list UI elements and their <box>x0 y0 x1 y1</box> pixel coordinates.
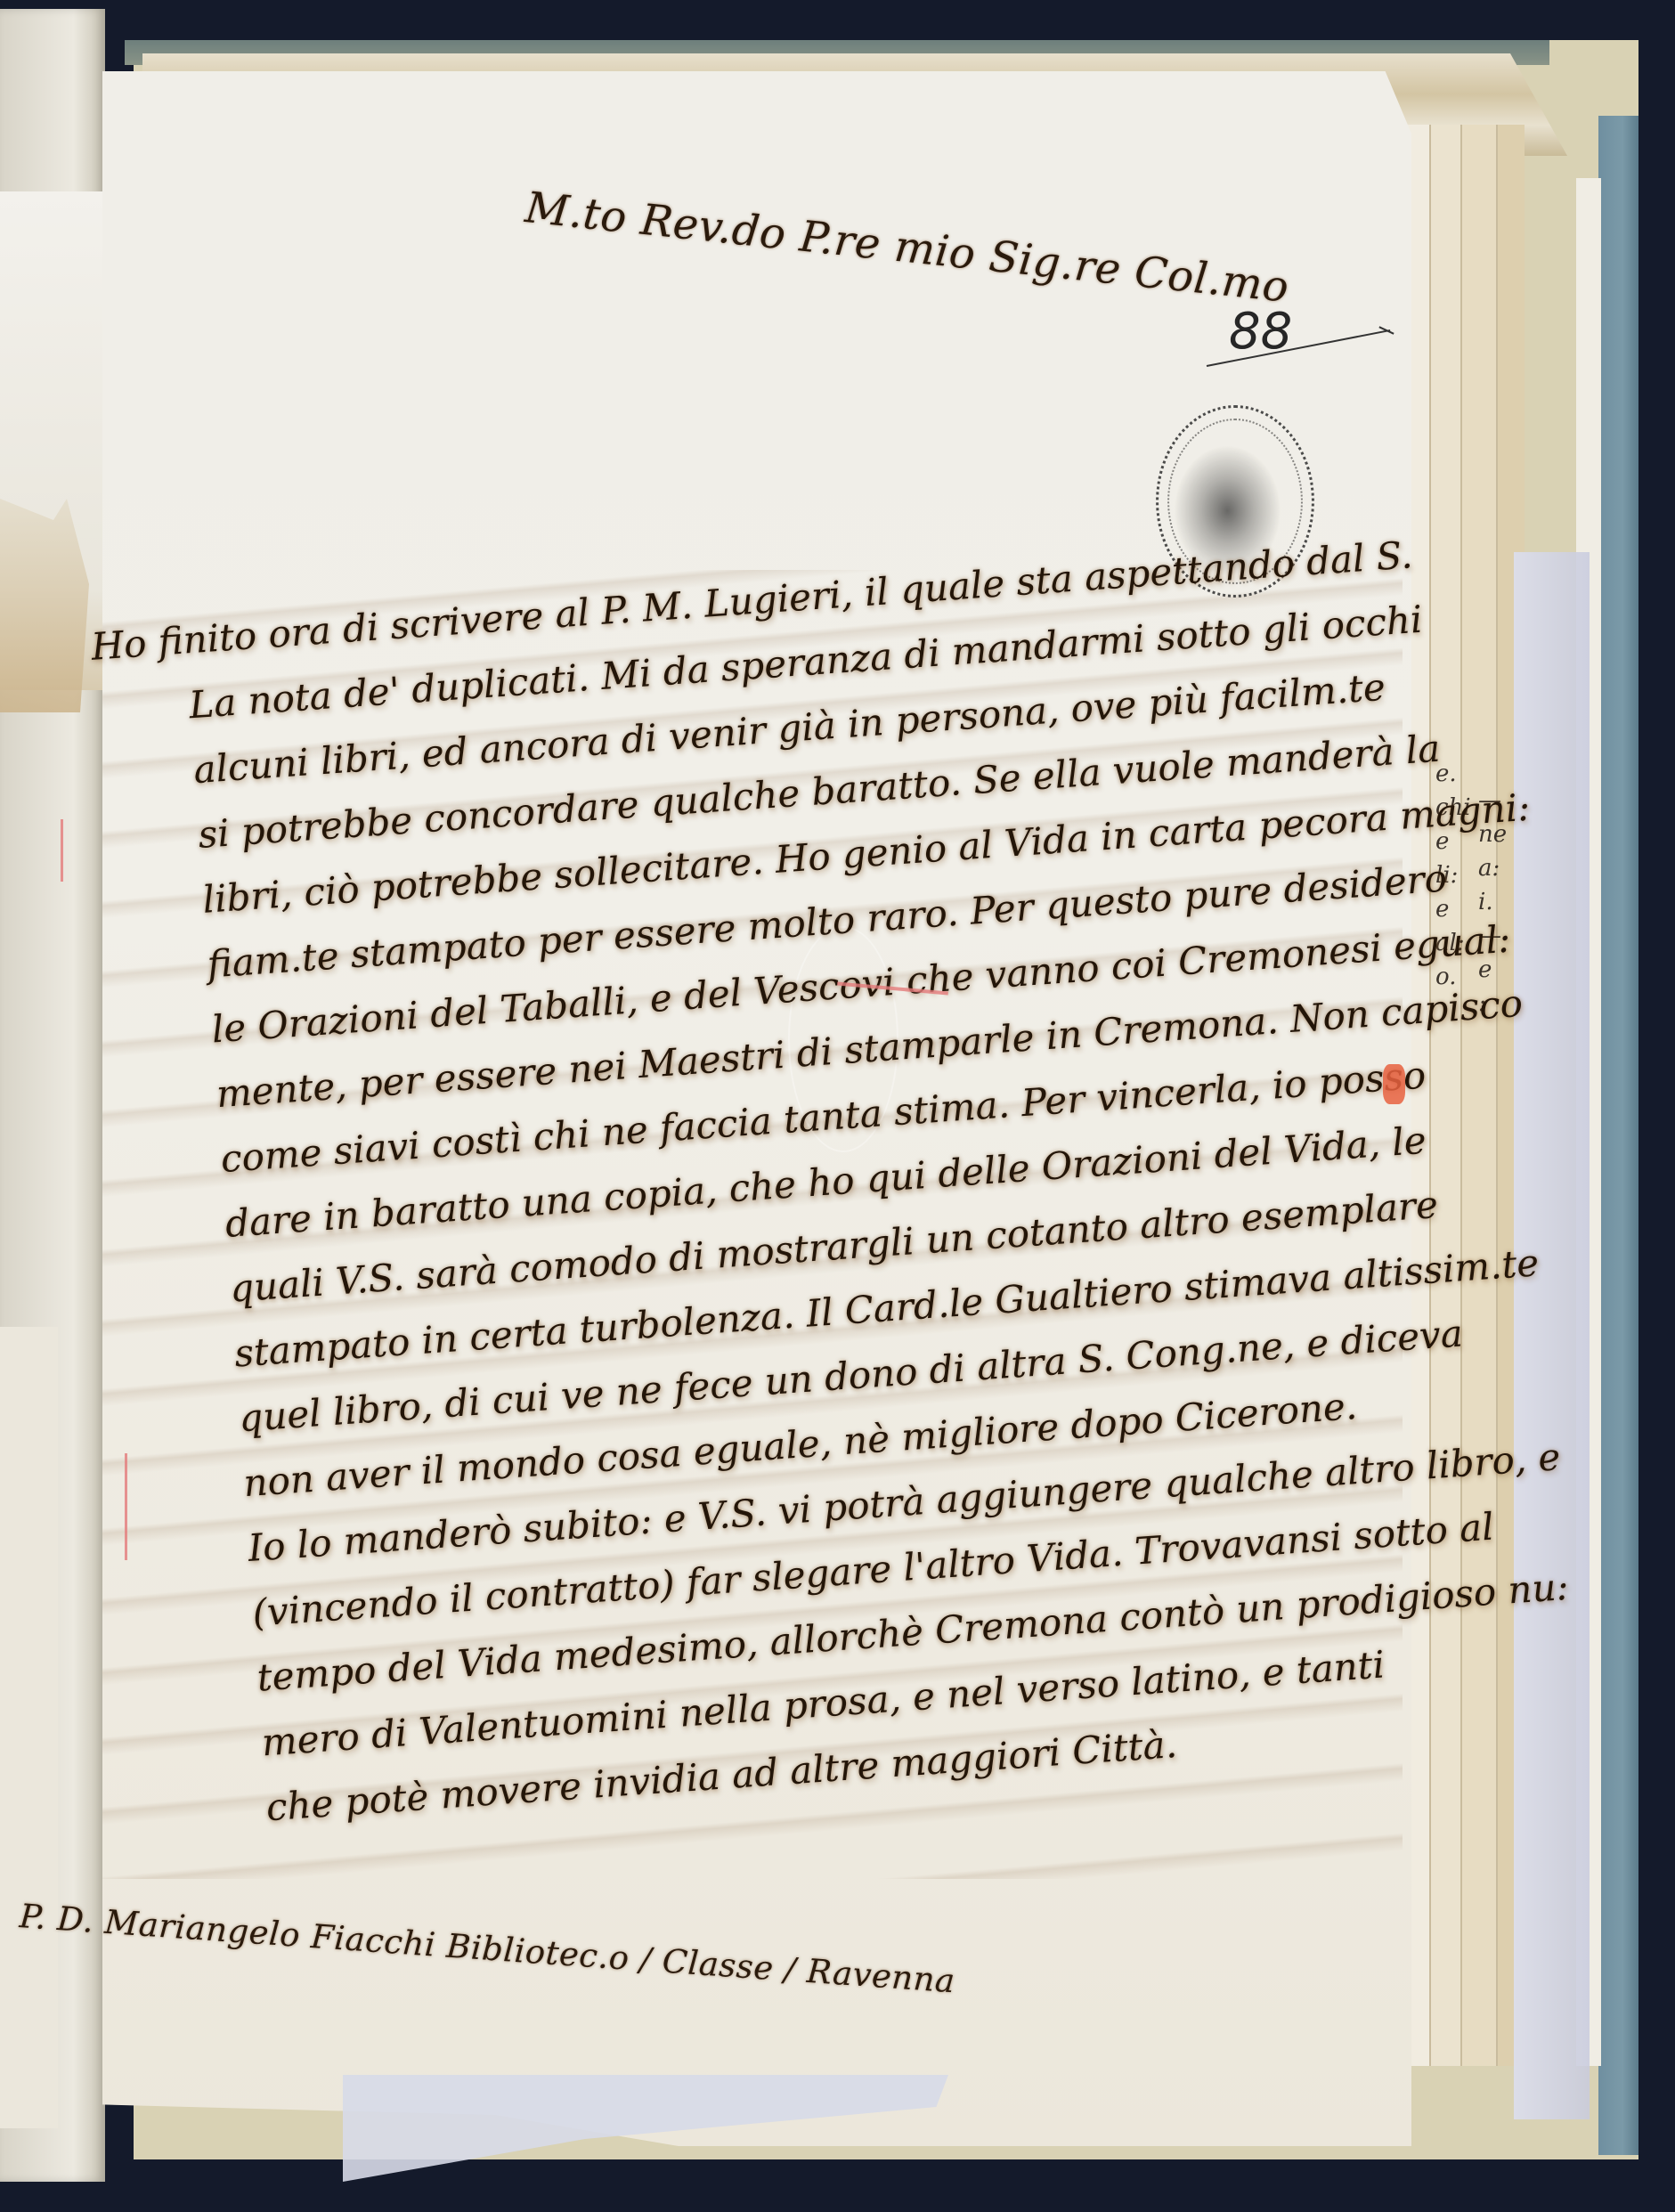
red-ink-smudge <box>1383 1064 1405 1104</box>
red-pencil-margin-mark <box>61 819 63 882</box>
previous-page-lower <box>0 1327 58 2128</box>
letter-body: Ho finito ora di scrivere al P. M. Lugie… <box>89 523 1481 1846</box>
blue-cover-board <box>1598 116 1638 2155</box>
red-pencil-margin-mark <box>125 1453 127 1560</box>
